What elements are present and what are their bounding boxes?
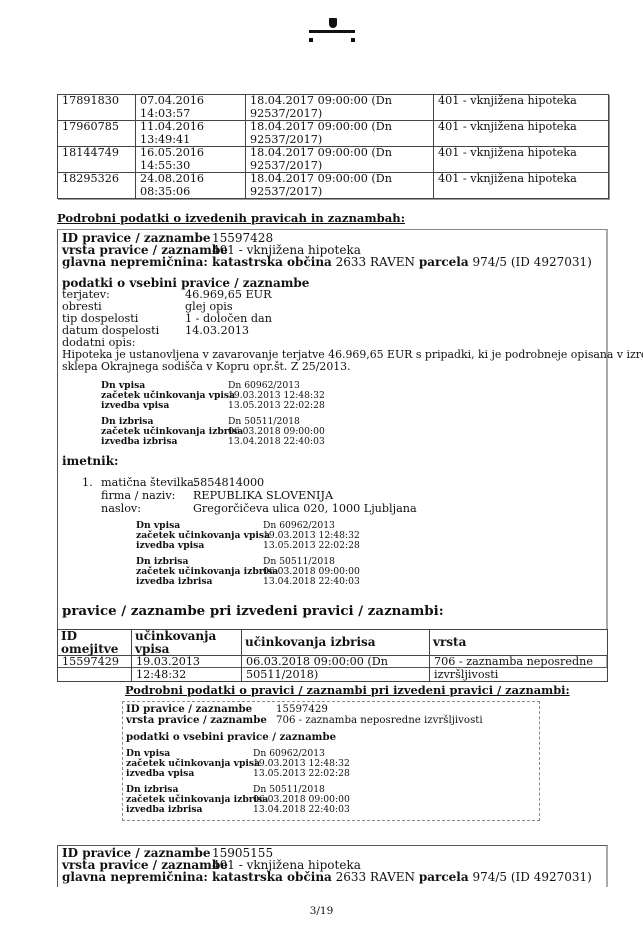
holder-label: matična številka:: [101, 477, 193, 490]
related-detail-title: Podrobni podatki o pravici / zaznambi pr…: [125, 683, 570, 697]
holder-row: firma / naziv:REPUBLIKA SLOVENIJA: [101, 490, 333, 503]
holder-del-row: izvedba izbrisa13.04.2018 22:40:03: [136, 577, 360, 587]
table-row: 17891830 07.04.2016 14:03:57 18.04.2017 …: [58, 95, 609, 121]
entry2-property-row: glavna nepremičnina:katastrska občina 26…: [62, 871, 592, 884]
cadastral-value: 2633 RAVEN: [336, 255, 415, 269]
col-header: ID omejitve: [58, 630, 132, 656]
holder-label: firma / naziv:: [101, 490, 193, 503]
content-value: 14.03.2013: [185, 324, 249, 337]
rd-reg-row: izvedba vpisa13.05.2013 22:02:28: [126, 769, 350, 779]
parcel-label: parcela: [419, 255, 469, 269]
holder-row: matična številka:5854814000: [101, 477, 264, 490]
reg-value: 13.05.2013 22:02:28: [228, 400, 325, 411]
holder-value: Gregorčičeva ulica 020, 1000 Ljubljana: [193, 502, 417, 515]
entry-datetime: 24.08.2016 08:35:06: [136, 173, 246, 199]
rd-type-value: 706 - zaznamba neposredne izvršljivosti: [276, 715, 483, 726]
holder-value: 5854814000: [193, 476, 264, 489]
cadastral-label: katastrska občina: [212, 255, 332, 269]
coat-of-arms-icon: [306, 18, 356, 46]
rd-type-row: vrsta pravice / zaznambe706 - zaznamba n…: [126, 715, 483, 726]
parcel-label: parcela: [419, 870, 469, 884]
entry-id: 18295326: [58, 173, 136, 199]
related-id: 15597429: [58, 656, 132, 682]
related-reg: 19.03.2013 12:48:32: [132, 656, 242, 682]
entry-property-row: glavna nepremičnina:katastrska občina 26…: [62, 256, 592, 269]
rd-id-value: 15597429: [276, 704, 328, 715]
section-title: Podrobni podatki o izvedenih pravicah in…: [57, 211, 405, 225]
del-label: izvedba izbrisa: [101, 437, 228, 447]
entry-datetime: 07.04.2016 14:03:57: [136, 95, 246, 121]
entry-type: 401 - vknjižena hipoteka: [434, 147, 609, 173]
del-value: 13.04.2018 22:40:03: [263, 576, 360, 587]
del-value: 13.04.2018 22:40:03: [228, 436, 325, 447]
description-line: sklepa Okrajnega sodišča v Kopru opr.št.…: [62, 361, 351, 374]
rd-type-label: vrsta pravice / zaznambe: [126, 715, 276, 726]
cadastral-label: katastrska občina: [212, 870, 332, 884]
parcel-value: 974/5 (ID 4927031): [472, 870, 591, 884]
holder-reg-row: izvedba vpisa13.05.2013 22:02:28: [136, 541, 360, 551]
reg-value: 13.05.2013 22:02:28: [253, 768, 350, 779]
reg-label: izvedba vpisa: [136, 541, 263, 551]
entry-id: 18144749: [58, 147, 136, 173]
entry-property-label: glavna nepremičnina:: [62, 871, 212, 884]
related-heading: pravice / zaznambe pri izvedeni pravici …: [62, 605, 444, 618]
entry-type: 401 - vknjižena hipoteka: [434, 95, 609, 121]
col-header: učinkovanja vpisa: [132, 630, 242, 656]
reg-label: izvedba vpisa: [126, 769, 253, 779]
del-row: izvedba izbrisa13.04.2018 22:40:03: [101, 437, 325, 447]
col-header: učinkovanja izbrisa: [242, 630, 430, 656]
holder-value: REPUBLIKA SLOVENIJA: [193, 489, 333, 502]
related-table: ID omejitve učinkovanja vpisa učinkovanj…: [57, 629, 608, 682]
holder-heading: imetnik:: [62, 455, 118, 468]
entry-datetime: 16.05.2016 14:55:30: [136, 147, 246, 173]
rd-content-heading: podatki o vsebini pravice / zaznambe: [126, 732, 336, 743]
entry-datetime: 11.04.2016 13:49:41: [136, 121, 246, 147]
table-row: 18295326 24.08.2016 08:35:06 18.04.2017 …: [58, 173, 609, 199]
del-label: izvedba izbrisa: [126, 805, 253, 815]
entry-deleted: 18.04.2017 09:00:00 (Dn 92537/2017): [246, 147, 434, 173]
table-row: 17960785 11.04.2016 13:49:41 18.04.2017 …: [58, 121, 609, 147]
table-row: 18144749 16.05.2016 14:55:30 18.04.2017 …: [58, 147, 609, 173]
page-number: 3/19: [0, 905, 643, 917]
table-row: 15597429 19.03.2013 12:48:32 06.03.2018 …: [58, 656, 608, 682]
prior-entries-table: 17891830 07.04.2016 14:03:57 18.04.2017 …: [57, 94, 609, 199]
entry-deleted: 18.04.2017 09:00:00 (Dn 92537/2017): [246, 95, 434, 121]
reg-row: izvedba vpisa13.05.2013 22:02:28: [101, 401, 325, 411]
entry-id: 17891830: [58, 95, 136, 121]
entry-deleted: 18.04.2017 09:00:00 (Dn 92537/2017): [246, 173, 434, 199]
reg-value: 13.05.2013 22:02:28: [263, 540, 360, 551]
holder-label: naslov:: [101, 503, 193, 516]
col-header: vrsta: [430, 630, 608, 656]
related-del: 06.03.2018 09:00:00 (Dn 50511/2018): [242, 656, 430, 682]
reg-label: izvedba vpisa: [101, 401, 228, 411]
entry-id: 17960785: [58, 121, 136, 147]
del-value: 13.04.2018 22:40:03: [253, 804, 350, 815]
holder-number: 1.: [82, 477, 93, 490]
holder-row: naslov:Gregorčičeva ulica 020, 1000 Ljub…: [101, 503, 417, 516]
entry-deleted: 18.04.2017 09:00:00 (Dn 92537/2017): [246, 121, 434, 147]
cadastral-value: 2633 RAVEN: [336, 870, 415, 884]
del-label: izvedba izbrisa: [136, 577, 263, 587]
entry-type: 401 - vknjižena hipoteka: [434, 121, 609, 147]
entry-type: 401 - vknjižena hipoteka: [434, 173, 609, 199]
rd-del-row: izvedba izbrisa13.04.2018 22:40:03: [126, 805, 350, 815]
parcel-value: 974/5 (ID 4927031): [472, 255, 591, 269]
related-type: 706 - zaznamba neposredne izvršljivosti: [430, 656, 608, 682]
entry-property-label: glavna nepremičnina:: [62, 256, 212, 269]
